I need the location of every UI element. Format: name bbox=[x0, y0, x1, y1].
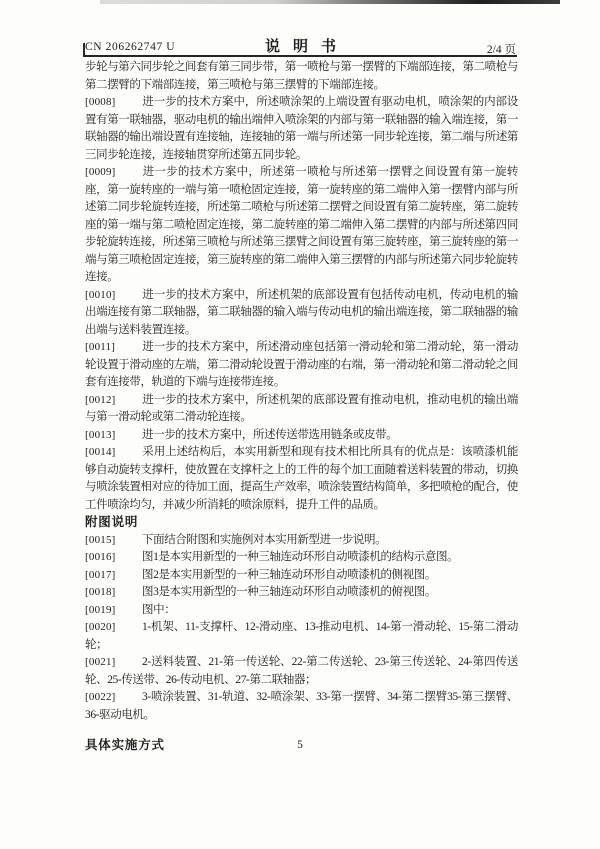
paragraph-number: [0022] bbox=[85, 689, 142, 707]
paragraph-number: [0021] bbox=[85, 654, 142, 672]
paragraph-0008: [0008]进一步的技术方案中，所述喷涂架的上端设置有驱动电机，喷涂架的内部设置… bbox=[85, 94, 518, 164]
paragraph-number: [0009] bbox=[85, 164, 142, 182]
paragraph-number: [0016] bbox=[85, 549, 142, 567]
paragraph-text: 进一步的技术方案中，所述第一喷枪与所述第一摆臂之间设置有第一旋转座，第一旋转座的… bbox=[85, 166, 518, 283]
figures-description-heading: 附图说明 bbox=[85, 514, 518, 532]
paragraph-0022: [0022]3-喷涂装置、31-轨道、32-喷涂架、33-第一摆臂、34-第二摆… bbox=[85, 689, 518, 724]
paragraph-0018: [0018]图3是本实用新型的一种三轴连动环形自动喷漆机的俯视图。 bbox=[85, 584, 518, 602]
paragraph-number: [0017] bbox=[85, 567, 142, 585]
paragraph-0012: [0012]进一步的技术方案中，所述机架的底部设置有推动电机，推动电机的输出端与… bbox=[85, 392, 518, 427]
header-rule bbox=[83, 55, 517, 57]
paragraph-0014: [0014]采用上述结构后，本实用新型和现有技术相比所具有的优点是：该喷漆机能够… bbox=[85, 444, 518, 514]
paragraph-number: [0012] bbox=[85, 392, 142, 410]
paragraph-number: [0008] bbox=[85, 94, 142, 112]
paragraph-intro-continuation: 步轮与第六同步轮之间套有第三同步带，第一喷枪与第一摆臂的下端部连接，第二喷枪与第… bbox=[85, 59, 518, 94]
paragraph-text: 进一步的技术方案中，所述喷涂架的上端设置有驱动电机，喷涂架的内部设置有第一联轴器… bbox=[85, 96, 518, 161]
paragraph-number: [0018] bbox=[85, 584, 142, 602]
paragraph-number: [0019] bbox=[85, 602, 142, 620]
paragraph-0013: [0013]进一步的技术方案中，所述传送带选用链条或皮带。 bbox=[85, 427, 518, 445]
paragraph-0010: [0010]进一步的技术方案中，所述机架的底部设置有包括传动电机，传动电机的输出… bbox=[85, 287, 518, 340]
paragraph-text: 进一步的技术方案中，所述机架的底部设置有包括传动电机，传动电机的输出端连接有第二… bbox=[85, 289, 518, 336]
paragraph-number: [0010] bbox=[85, 287, 142, 305]
paragraph-number: [0015] bbox=[85, 532, 142, 550]
paragraph-text: 图3是本实用新型的一种三轴连动环形自动喷漆机的俯视图。 bbox=[142, 586, 436, 598]
page-number: 5 bbox=[0, 739, 600, 751]
paragraph-text: 进一步的技术方案中，所述机架的底部设置有推动电机，推动电机的输出端与第一滑动轮或… bbox=[85, 394, 518, 424]
paragraph-text: 步轮与第六同步轮之间套有第三同步带，第一喷枪与第一摆臂的下端部连接，第二喷枪与第… bbox=[85, 61, 518, 91]
paragraph-0011: [0011]进一步的技术方案中，所述滑动座包括第一滑动轮和第二滑动轮，第一滑动轮… bbox=[85, 339, 518, 392]
patent-specification-page: CN 206262747 U 说明书 2/4 页 步轮与第六同步轮之间套有第三同… bbox=[0, 0, 600, 849]
paragraph-0017: [0017]图2是本实用新型的一种三轴连动环形自动喷漆机的侧视图。 bbox=[85, 567, 518, 585]
paragraph-0021: [0021]2-送料装置、21-第一传送轮、22-第二传送轮、23-第三传送轮、… bbox=[85, 654, 518, 689]
specification-body: 步轮与第六同步轮之间套有第三同步带，第一喷枪与第一摆臂的下端部连接，第二喷枪与第… bbox=[85, 59, 518, 755]
scan-streak-artifact bbox=[100, 0, 560, 4]
paragraph-text: 图1是本实用新型的一种三轴连动环形自动喷漆机的结构示意图。 bbox=[142, 551, 458, 563]
paragraph-text: 图中： bbox=[142, 604, 175, 616]
paragraph-number: [0013] bbox=[85, 427, 142, 445]
paragraph-number: [0014] bbox=[85, 444, 142, 462]
paragraph-text: 下面结合附图和实施例对本实用新型进一步说明。 bbox=[142, 534, 386, 546]
header-patent-number: CN 206262747 U bbox=[85, 41, 175, 53]
paragraph-text: 1-机架、11-支撑杆、12-滑动座、13-推动电机、14-第一滑动轮、15-第… bbox=[85, 621, 518, 651]
paragraph-number: [0020] bbox=[85, 619, 142, 637]
paragraph-text: 进一步的技术方案中，所述滑动座包括第一滑动轮和第二滑动轮，第一滑动轮设置于滑动座… bbox=[85, 341, 518, 388]
paragraph-0020: [0020]1-机架、11-支撑杆、12-滑动座、13-推动电机、14-第一滑动… bbox=[85, 619, 518, 654]
header-doc-title: 说明书 bbox=[265, 35, 349, 56]
paragraph-text: 采用上述结构后，本实用新型和现有技术相比所具有的优点是：该喷漆机能够自动旋转支撑… bbox=[85, 446, 518, 511]
paragraph-0015: [0015]下面结合附图和实施例对本实用新型进一步说明。 bbox=[85, 532, 518, 550]
paragraph-0009: [0009]进一步的技术方案中，所述第一喷枪与所述第一摆臂之间设置有第一旋转座，… bbox=[85, 164, 518, 287]
paragraph-text: 进一步的技术方案中，所述传送带选用链条或皮带。 bbox=[142, 429, 397, 441]
paragraph-text: 图2是本实用新型的一种三轴连动环形自动喷漆机的侧视图。 bbox=[142, 569, 436, 581]
paragraph-0019: [0019]图中： bbox=[85, 602, 518, 620]
paragraph-0016: [0016]图1是本实用新型的一种三轴连动环形自动喷漆机的结构示意图。 bbox=[85, 549, 518, 567]
paragraph-number: [0011] bbox=[85, 339, 142, 357]
paragraph-text: 3-喷涂装置、31-轨道、32-喷涂架、33-第一摆臂、34-第二摆臂35-第三… bbox=[85, 691, 518, 721]
paragraph-text: 2-送料装置、21-第一传送轮、22-第二传送轮、23-第三传送轮、24-第四传… bbox=[85, 656, 518, 686]
